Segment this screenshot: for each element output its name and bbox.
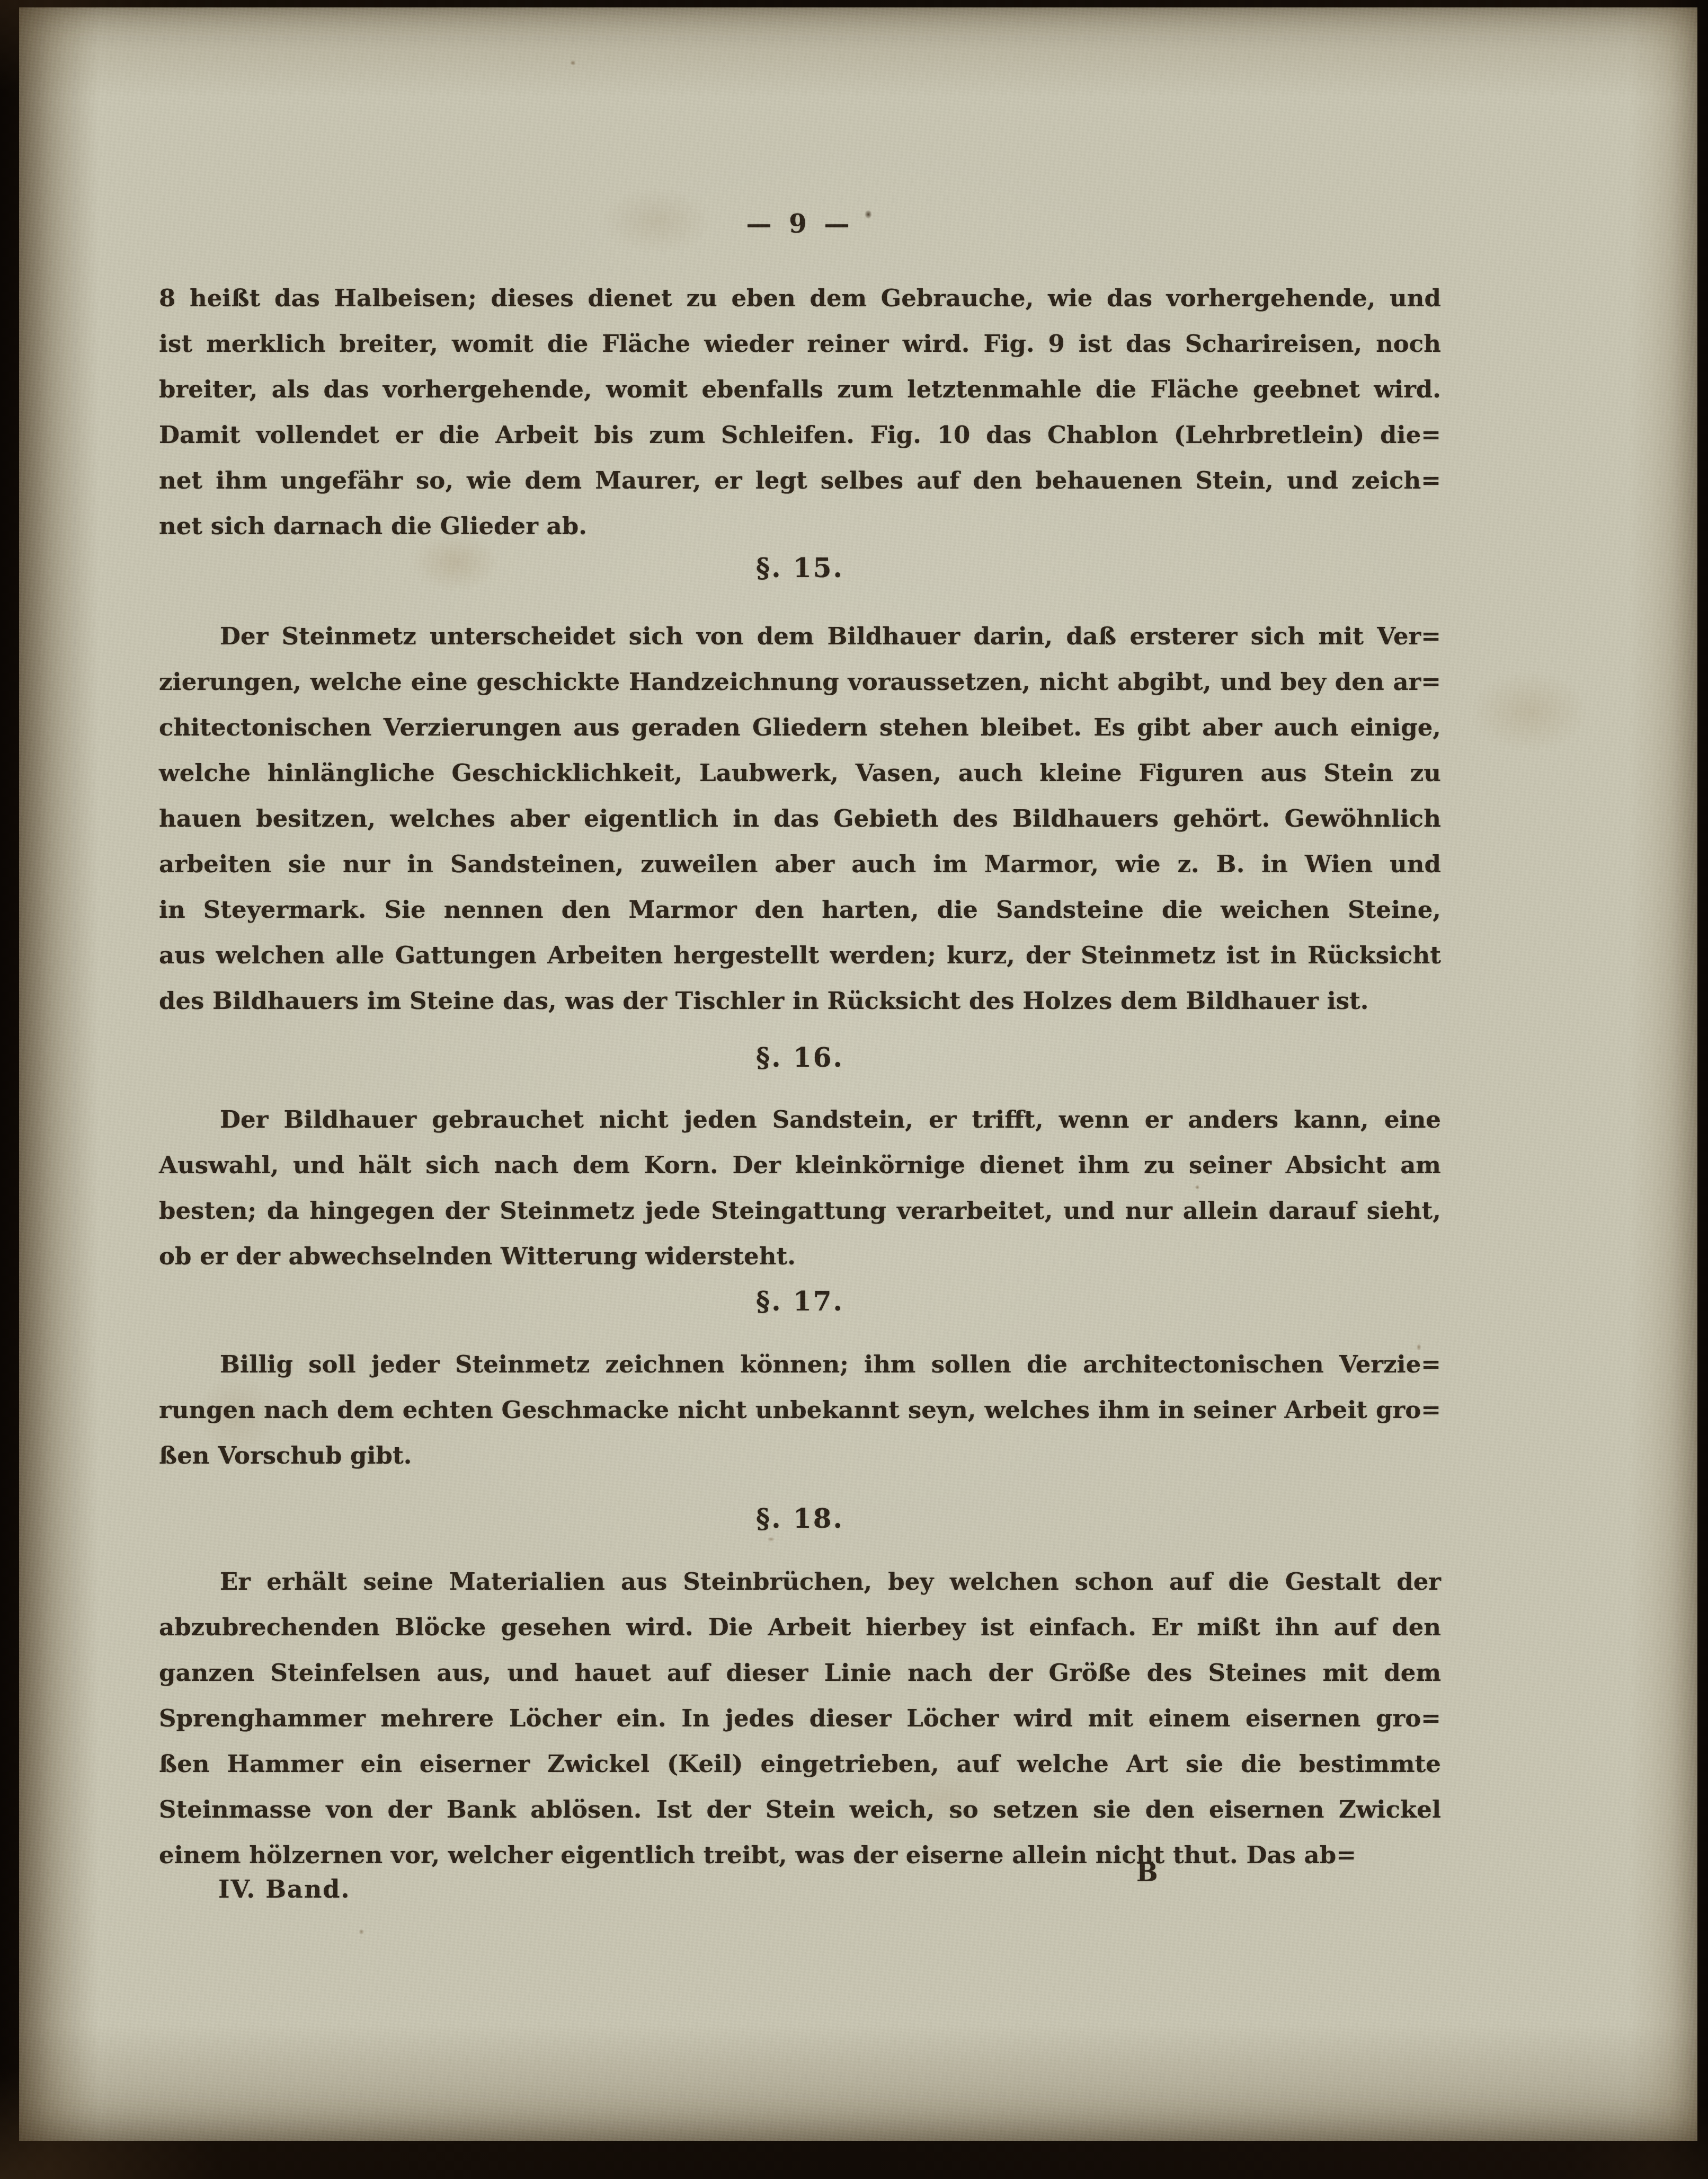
- text-line: ßen Vorschub gibt.: [159, 1433, 1441, 1478]
- section-paragraph-15: Der Steinmetz unterscheidet sich von dem…: [159, 614, 1441, 1024]
- text-line: ßen Hammer ein eiserner Zwickel (Keil) e…: [159, 1741, 1441, 1787]
- text-line: net sich darnach die Glieder ab.: [159, 503, 1441, 549]
- section-paragraph-16: Der Bildhauer gebrauchet nicht jeden San…: [159, 1097, 1441, 1279]
- text-line: besten; da hingegen der Steinmetz jede S…: [159, 1188, 1441, 1234]
- text-line: abzubrechenden Blöcke gesehen wird. Die …: [159, 1605, 1441, 1650]
- text-line: Damit vollendet er die Arbeit bis zum Sc…: [159, 412, 1441, 458]
- text-line: chitectonischen Verzierungen aus geraden…: [159, 705, 1441, 750]
- page-number: — 9 —: [159, 209, 1441, 239]
- text-line: Billig soll jeder Steinmetz zeichnen kön…: [159, 1342, 1441, 1387]
- section-heading-17: §. 17.: [159, 1286, 1441, 1317]
- text-line: rungen nach dem echten Geschmacke nicht …: [159, 1387, 1441, 1433]
- text-line: Der Steinmetz unterscheidet sich von dem…: [159, 614, 1441, 659]
- text-line: in Steyermark. Sie nennen den Marmor den…: [159, 887, 1441, 933]
- text-line: Steinmasse von der Bank ablösen. Ist der…: [159, 1787, 1441, 1832]
- text-line: 8 heißt das Halbeisen; dieses dienet zu …: [159, 276, 1441, 321]
- page-content: — 9 — 8 heißt das Halbeisen; dieses dien…: [159, 7, 1441, 2141]
- text-line: Er erhält seine Materialien aus Steinbrü…: [159, 1559, 1441, 1605]
- text-line: Der Bildhauer gebrauchet nicht jeden San…: [159, 1097, 1441, 1142]
- signature-mark: B: [1136, 1858, 1158, 1888]
- text-line: ganzen Steinfelsen aus, und hauet auf di…: [159, 1650, 1441, 1696]
- section-heading-15: §. 15.: [159, 552, 1441, 583]
- section-heading-18: §. 18.: [159, 1503, 1441, 1534]
- text-line: net ihm ungefähr so, wie dem Maurer, er …: [159, 458, 1441, 503]
- volume-label: IV. Band.: [218, 1875, 351, 1903]
- paragraph-continuation: 8 heißt das Halbeisen; dieses dienet zu …: [159, 276, 1441, 549]
- text-line: Sprenghammer mehrere Löcher ein. In jede…: [159, 1696, 1441, 1741]
- section-heading-16: §. 16.: [159, 1042, 1441, 1073]
- text-line: arbeiten sie nur in Sandsteinen, zuweile…: [159, 842, 1441, 887]
- text-line: ist merklich breiter, womit die Fläche w…: [159, 321, 1441, 367]
- text-line: welche hinlängliche Geschicklichkeit, La…: [159, 750, 1441, 796]
- section-paragraph-17: Billig soll jeder Steinmetz zeichnen kön…: [159, 1342, 1441, 1478]
- text-line: breiter, als das vorhergehende, womit eb…: [159, 367, 1441, 412]
- text-line: zierungen, welche eine geschickte Handze…: [159, 659, 1441, 705]
- text-line: Auswahl, und hält sich nach dem Korn. De…: [159, 1142, 1441, 1188]
- text-line: aus welchen alle Gattungen Arbeiten herg…: [159, 933, 1441, 978]
- text-line: des Bildhauers im Steine das, was der Ti…: [159, 978, 1441, 1024]
- scan-background: — 9 — 8 heißt das Halbeisen; dieses dien…: [0, 0, 1708, 2179]
- text-line: ob er der abwechselnden Witterung widers…: [159, 1234, 1441, 1279]
- text-line: hauen besitzen, welches aber eigentlich …: [159, 796, 1441, 842]
- section-paragraph-18: Er erhält seine Materialien aus Steinbrü…: [159, 1559, 1441, 1878]
- book-page: — 9 — 8 heißt das Halbeisen; dieses dien…: [19, 7, 1697, 2141]
- page-footer: IV. Band. B: [159, 1865, 1441, 1929]
